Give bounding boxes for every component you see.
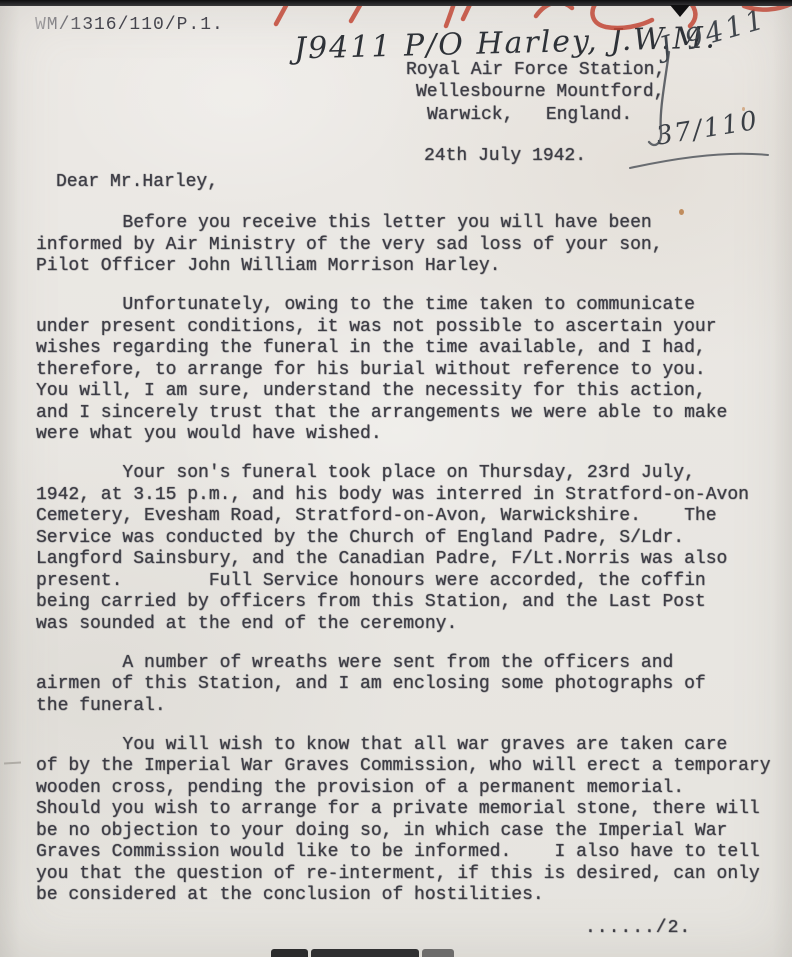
body-line: Service was conducted by the Church of E…	[36, 528, 784, 550]
body-line: therefore, to arrange for his burial wit…	[36, 360, 784, 382]
body-line: Pilot Officer John William Morrison Harl…	[36, 256, 784, 278]
bottom-edge-bar	[311, 949, 419, 957]
body-line: airmen of this Station, and I am enclosi…	[36, 674, 784, 696]
body-line: You will wish to know that all war grave…	[36, 735, 784, 757]
paragraph: Unfortunately, owing to the time taken t…	[36, 295, 784, 446]
body-line: be no objection to your doing so, in whi…	[36, 821, 784, 843]
body-line: present. Full Service honours were accor…	[36, 571, 784, 593]
page-corner-fold-icon	[670, 5, 690, 17]
bottom-edge-bar	[422, 949, 454, 957]
bottom-edge-bar	[271, 949, 308, 957]
body-line: wooden cross, pending the provision of a…	[36, 778, 784, 800]
paragraph: A number of wreaths were sent from the o…	[36, 653, 784, 718]
paragraph: Your son's funeral took place on Thursda…	[36, 463, 784, 635]
body-line: Your son's funeral took place on Thursda…	[36, 463, 784, 485]
body-line: 1942, at 3.15 p.m., and his body was int…	[36, 485, 784, 507]
paragraph: Before you receive this letter you will …	[36, 213, 784, 278]
body-line: wishes regarding the funeral in the time…	[36, 338, 784, 360]
body-line: and I sincerely trust that the arrangeme…	[36, 403, 784, 425]
pencil-dash-mark	[4, 762, 21, 765]
body-line: Cemetery, Evesham Road, Stratford-on-Avo…	[36, 506, 784, 528]
body-line: was sounded at the end of the ceremony.	[36, 614, 784, 636]
body-line: under present conditions, it was not pos…	[36, 317, 784, 339]
letter-page: WM/1316/110/P.1. J9411 P/O Harley, J.W.M…	[0, 0, 792, 957]
body-line: of by the Imperial War Graves Commission…	[36, 756, 784, 778]
body-line: Before you receive this letter you will …	[36, 213, 784, 235]
body-line: be considered at the conclusion of hosti…	[36, 885, 784, 907]
body-line: Langford Sainsbury, and the Canadian Pad…	[36, 549, 784, 571]
body-line: Graves Commission would like to be infor…	[36, 842, 784, 864]
body-line: the funeral.	[36, 696, 784, 718]
pencil-strokes	[0, 0, 792, 200]
letter-body: Before you receive this letter you will …	[36, 213, 784, 924]
body-line: You will, I am sure, understand the nece…	[36, 381, 784, 403]
body-line: Should you wish to arrange for a private…	[36, 799, 784, 821]
paragraph: You will wish to know that all war grave…	[36, 735, 784, 907]
body-line: you that the question of re-interment, i…	[36, 864, 784, 886]
page-continuation-marker: ....../2.	[585, 918, 691, 940]
body-line: A number of wreaths were sent from the o…	[36, 653, 784, 675]
body-line: being carried by officers from this Stat…	[36, 592, 784, 614]
body-line: Unfortunately, owing to the time taken t…	[36, 295, 784, 317]
body-line: informed by Air Ministry of the very sad…	[36, 235, 784, 257]
body-line: were what you would have wished.	[36, 424, 784, 446]
